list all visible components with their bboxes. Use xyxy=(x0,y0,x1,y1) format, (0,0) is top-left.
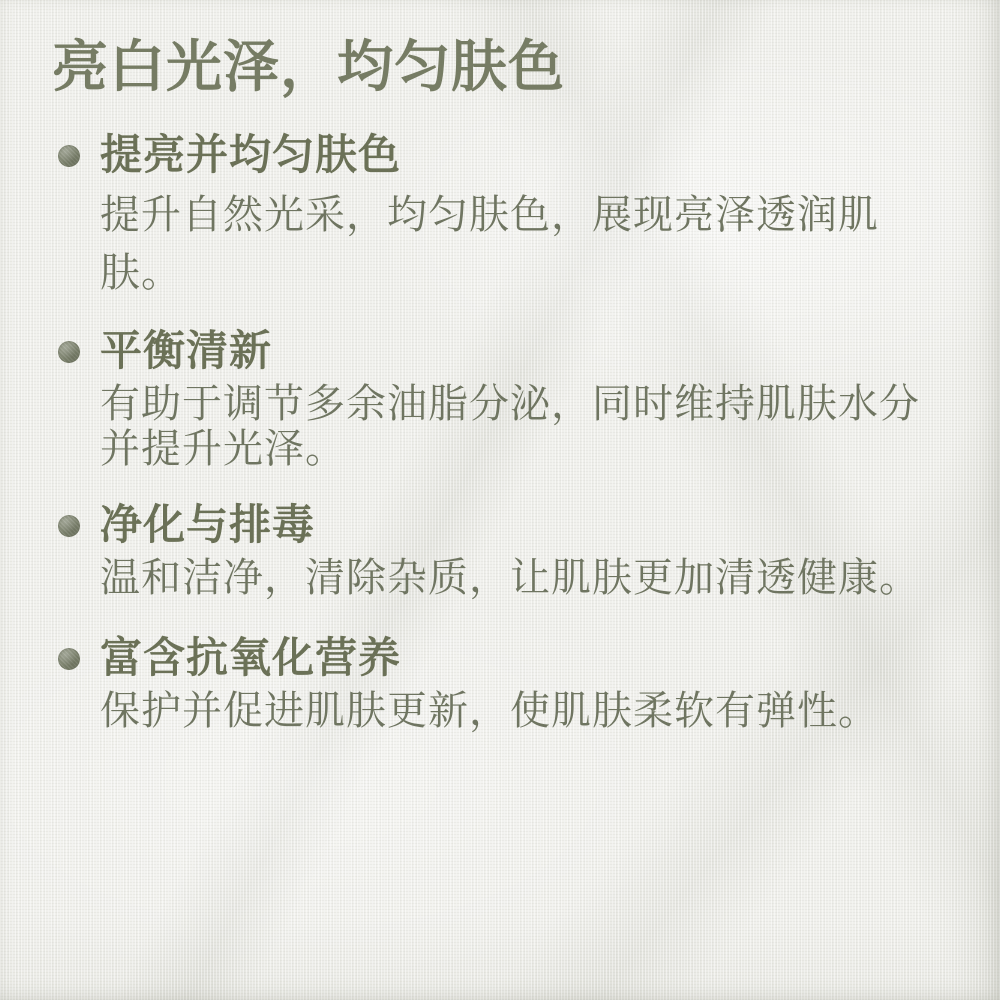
bullet-icon xyxy=(58,515,80,537)
feature-texts: 净化与排毒 温和洁净，清除杂质，让肌肤更加清透健康。 xyxy=(100,502,948,601)
feature-list: 提亮并均匀肤色 提升自然光采，均匀肤色，展现亮泽透润肌肤。 平衡清新 有助于调节… xyxy=(0,132,1000,734)
feature-texts: 平衡清新 有助于调节多余油脂分泌，同时维持肌肤水分并提升光泽。 xyxy=(100,328,948,472)
feature-description: 保护并促进肌肤更新，使肌肤柔软有弹性。 xyxy=(100,689,948,734)
feature-heading: 净化与排毒 xyxy=(100,502,948,548)
bullet-icon xyxy=(58,341,80,363)
feature-heading: 平衡清新 xyxy=(100,328,948,374)
feature-heading: 富含抗氧化营养 xyxy=(100,635,948,681)
feature-heading: 提亮并均匀肤色 xyxy=(100,132,948,178)
feature-section-brighten: 提亮并均匀肤色 提升自然光采，均匀肤色，展现亮泽透润肌肤。 xyxy=(0,132,1000,302)
feature-texts: 富含抗氧化营养 保护并促进肌肤更新，使肌肤柔软有弹性。 xyxy=(100,635,948,734)
feature-description: 有助于调节多余油脂分泌，同时维持肌肤水分并提升光泽。 xyxy=(100,382,948,472)
bullet-icon xyxy=(58,648,80,670)
feature-texts: 提亮并均匀肤色 提升自然光采，均匀肤色，展现亮泽透润肌肤。 xyxy=(100,132,948,302)
page-title: 亮白光泽，均匀肤色 xyxy=(52,36,1000,98)
feature-section-purify: 净化与排毒 温和洁净，清除杂质，让肌肤更加清透健康。 xyxy=(0,502,1000,601)
feature-description: 提升自然光采，均匀肤色，展现亮泽透润肌肤。 xyxy=(100,186,948,302)
product-infographic: 亮白光泽，均匀肤色 提亮并均匀肤色 提升自然光采，均匀肤色，展现亮泽透润肌肤。 … xyxy=(0,0,1000,1000)
feature-description: 温和洁净，清除杂质，让肌肤更加清透健康。 xyxy=(100,556,948,601)
feature-section-antioxidant: 富含抗氧化营养 保护并促进肌肤更新，使肌肤柔软有弹性。 xyxy=(0,635,1000,734)
feature-section-balance: 平衡清新 有助于调节多余油脂分泌，同时维持肌肤水分并提升光泽。 xyxy=(0,328,1000,472)
bullet-icon xyxy=(58,145,80,167)
